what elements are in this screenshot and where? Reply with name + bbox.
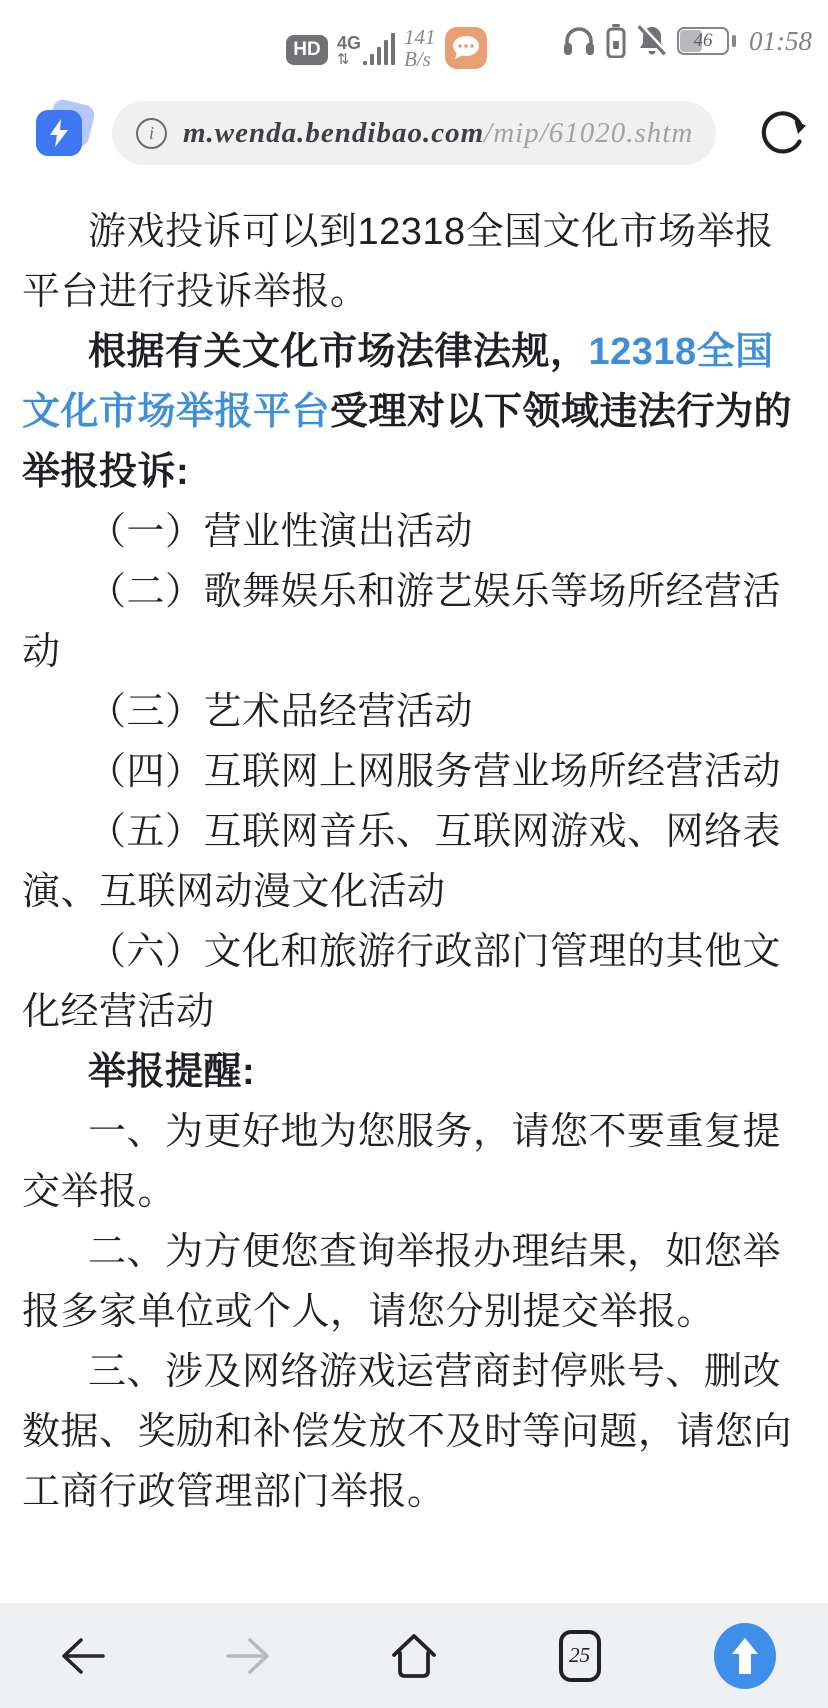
paragraph: （一）营业性演出活动 [22, 502, 806, 562]
text-segment: （五）互联网音乐、互联网游戏、网络表演、互联网动漫文化活动 [22, 811, 781, 913]
paragraph: 游戏投诉可以到12318全国文化市场举报平台进行投诉举报。 [22, 202, 806, 322]
chat-app-icon [445, 27, 487, 69]
text-segment: （三）艺术品经营活动 [88, 691, 473, 733]
text-segment: （二）歌舞娱乐和游艺娱乐等场所经营活动 [22, 571, 781, 673]
site-info-icon[interactable]: i [136, 118, 167, 149]
battery-percent: 46 [679, 29, 727, 53]
text-segment: 一、为更好地为您服务，请您不要重复提交举报。 [22, 1111, 781, 1213]
bottom-nav-bar: 25 [0, 1603, 828, 1708]
paragraph: （二）歌舞娱乐和游艺娱乐等场所经营活动 [22, 562, 806, 682]
back-button[interactable] [0, 1603, 166, 1708]
lightning-bolt-icon [49, 119, 69, 147]
signal-bars-icon [363, 31, 395, 67]
mip-lightning-icon [36, 102, 96, 162]
scroll-top-circle [714, 1623, 776, 1689]
paragraph: 举报提醒: [22, 1042, 806, 1102]
speed-unit: B/s [404, 48, 436, 70]
home-icon [389, 1631, 439, 1681]
paragraph: 根据有关文化市场法律法规，12318全国文化市场举报平台受理对以下领域违法行为的… [22, 322, 806, 502]
bell-muted-icon [636, 24, 668, 58]
url-domain: m.wenda.bendibao.com [183, 117, 484, 149]
network-speed: 141 B/s [404, 26, 436, 70]
status-bar: HD 4G ⇅ 141 B/s [0, 0, 828, 88]
home-button[interactable] [331, 1603, 497, 1708]
speech-bubble-icon [451, 34, 481, 62]
forward-button[interactable] [166, 1603, 332, 1708]
refresh-icon [758, 108, 808, 158]
data-arrows-icon: ⇅ [337, 52, 349, 67]
paragraph: 二、为方便您查询举报办理结果，如您举报多家单位或个人，请您分别提交举报。 [22, 1222, 806, 1342]
network-type-label: 4G [337, 34, 361, 52]
text-segment: 三、涉及网络游戏运营商封停账号、删改数据、奖励和补偿发放不及时等问题，请您向工商… [22, 1351, 792, 1513]
refresh-button[interactable] [758, 108, 808, 158]
url-path: /mip/61020.shtm [484, 117, 692, 149]
paragraph: 一、为更好地为您服务，请您不要重复提交举报。 [22, 1102, 806, 1222]
text-segment: 举报提醒: [88, 1051, 255, 1093]
paragraph: （六）文化和旅游行政部门管理的其他文化经营活动 [22, 922, 806, 1042]
paragraph: （三）艺术品经营活动 [22, 682, 806, 742]
url-text[interactable]: m.wenda.bendibao.com/mip/61020.shtm [183, 117, 692, 150]
paragraph: （四）互联网上网服务营业场所经营活动 [22, 742, 806, 802]
clock: 01:58 [749, 26, 812, 57]
scroll-top-button[interactable] [662, 1603, 828, 1708]
headphones-icon [562, 25, 596, 57]
paragraph: （五）互联网音乐、互联网游戏、网络表演、互联网动漫文化活动 [22, 802, 806, 922]
tabs-button[interactable]: 25 [497, 1603, 663, 1708]
tabs-icon: 25 [559, 1630, 601, 1682]
battery-tip [732, 35, 736, 47]
tab-count: 25 [569, 1643, 590, 1668]
up-arrow-icon [730, 1636, 760, 1676]
battery-icon: 46 [677, 27, 729, 55]
text-segment: 根据有关文化市场法律法规， [88, 331, 589, 373]
url-bar-row: i m.wenda.bendibao.com/mip/61020.shtm [0, 88, 828, 180]
status-right-cluster: 46 01:58 [562, 24, 812, 58]
address-bar[interactable]: i m.wenda.bendibao.com/mip/61020.shtm [112, 101, 716, 165]
text-segment: （一）营业性演出活动 [88, 511, 473, 553]
connected-device-icon [605, 24, 627, 58]
hd-volte-icon: HD [286, 35, 328, 65]
text-segment: （四）互联网上网服务营业场所经营活动 [88, 751, 781, 793]
text-segment: 游戏投诉可以到12318全国文化市场举报平台进行投诉举报。 [22, 211, 774, 313]
forward-arrow-icon [224, 1635, 272, 1677]
speed-value: 141 [404, 26, 436, 48]
cellular-signal: 4G ⇅ [337, 31, 395, 67]
browser-screen: HD 4G ⇅ 141 B/s [0, 0, 828, 1708]
back-arrow-icon [59, 1635, 107, 1677]
text-segment: 二、为方便您查询举报办理结果，如您举报多家单位或个人，请您分别提交举报。 [22, 1231, 781, 1333]
article: 游戏投诉可以到12318全国文化市场举报平台进行投诉举报。根据有关文化市场法律法… [0, 176, 828, 1522]
paragraph: 三、涉及网络游戏运营商封停账号、删改数据、奖励和补偿发放不及时等问题，请您向工商… [22, 1342, 806, 1522]
status-left-cluster: HD 4G ⇅ 141 B/s [286, 22, 487, 70]
text-segment: （六）文化和旅游行政部门管理的其他文化经营活动 [22, 931, 781, 1033]
